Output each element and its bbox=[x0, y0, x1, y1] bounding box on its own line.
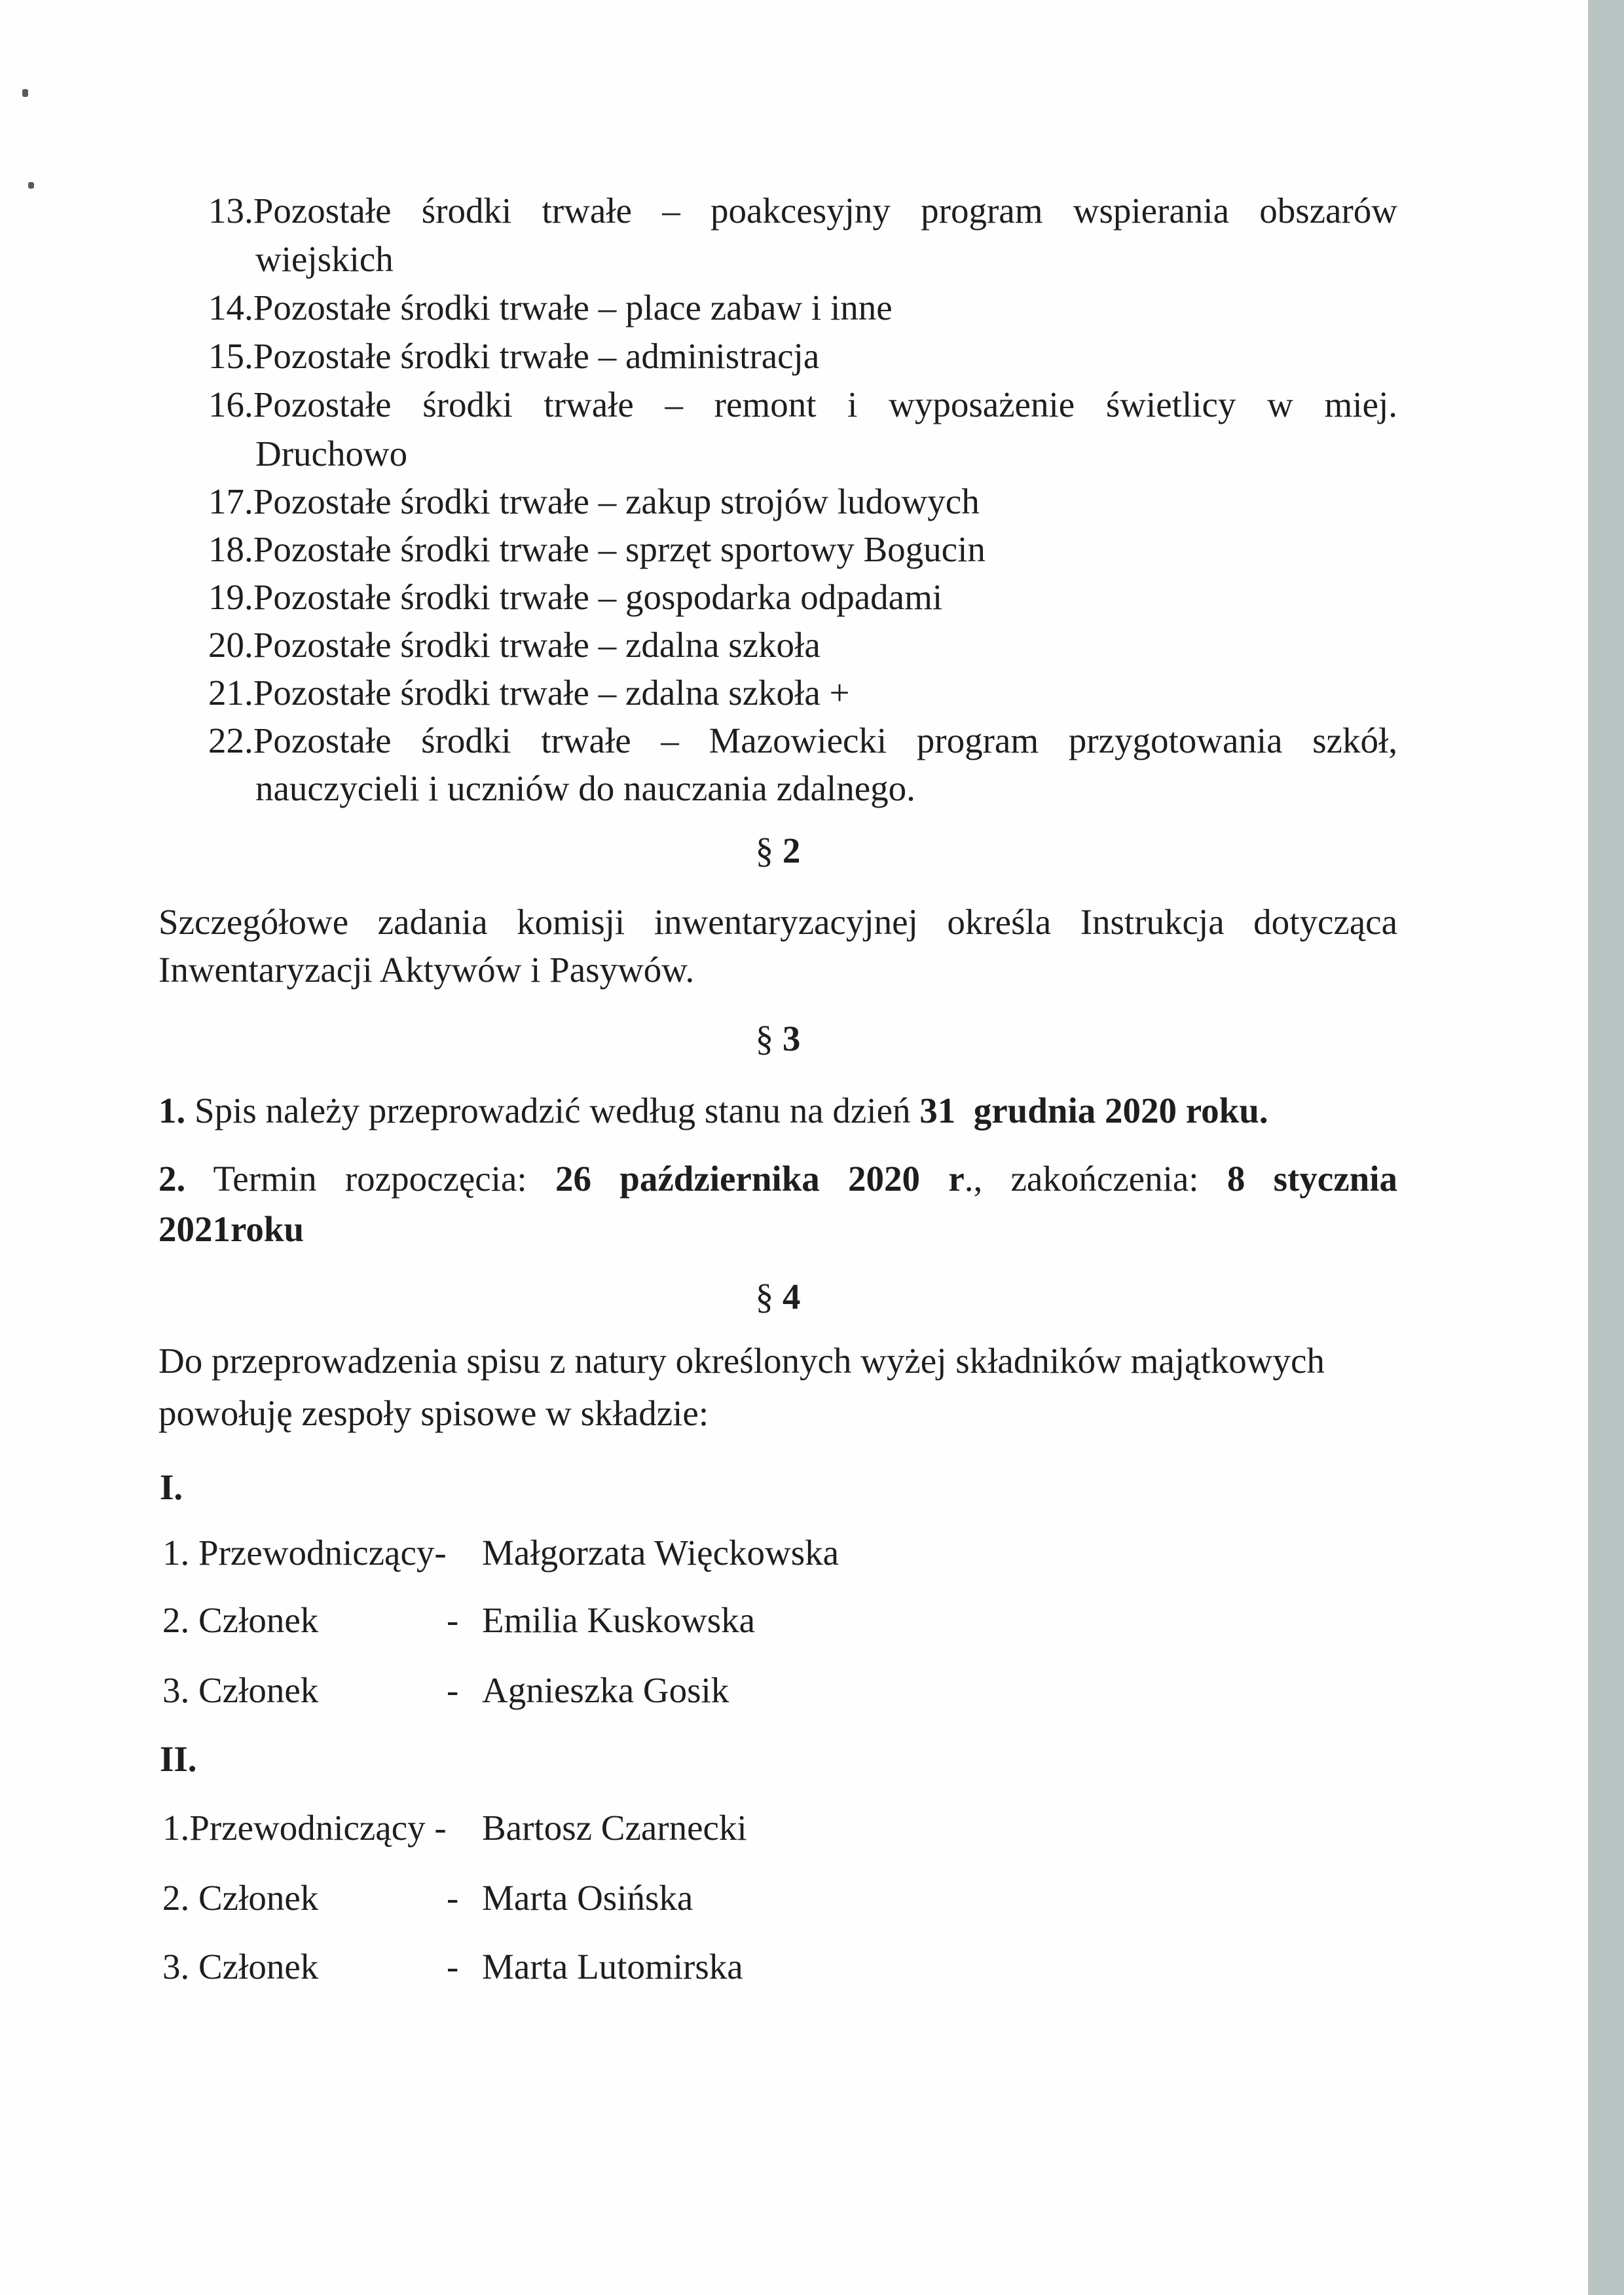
list-item: 22.Pozostałe środki trwałe – Mazowiecki … bbox=[208, 722, 1397, 758]
section-number: 2 bbox=[783, 830, 801, 870]
list-item-continuation: wiejskich bbox=[255, 241, 394, 277]
start-date: 26 października 2020 r bbox=[555, 1161, 965, 1199]
list-item-number: 21. bbox=[208, 673, 253, 713]
team-member-row: 2. Członek - Emilia Kuskowska bbox=[162, 1602, 948, 1638]
member-name: Marta Lutomirska bbox=[482, 1949, 743, 1985]
list-item-number: 17. bbox=[208, 481, 253, 521]
list-item-text: Pozostałe środki trwałe – Mazowiecki pro… bbox=[253, 722, 1397, 760]
team-member-row: 1.Przewodniczący - Bartosz Czarnecki bbox=[162, 1810, 948, 1846]
section2-paragraph-line1: Szczegółowe zadania komisji inwentaryzac… bbox=[158, 904, 1397, 940]
item-text: ., zakończenia: bbox=[965, 1161, 1199, 1199]
section-heading-3: § 3 bbox=[712, 1020, 843, 1056]
list-item: 16.Pozostałe środki trwałe – remont i wy… bbox=[208, 386, 1397, 422]
item-text: Termin rozpoczęcia: bbox=[213, 1161, 527, 1199]
list-item-text: Pozostałe środki trwałe – poakcesyjny pr… bbox=[253, 193, 1397, 231]
list-item-text: Pozostałe środki trwałe – gospodarka odp… bbox=[253, 577, 942, 617]
scan-speck bbox=[28, 182, 34, 189]
document-page: 13.Pozostałe środki trwałe – poakcesyjny… bbox=[0, 0, 1588, 2295]
team-label: I. bbox=[160, 1469, 183, 1505]
member-dash: - bbox=[447, 1949, 458, 1985]
list-item-text: Pozostałe środki trwałe – zdalna szkoła bbox=[253, 625, 821, 665]
section-sign: § bbox=[756, 1018, 774, 1058]
scan-edge-strip bbox=[1588, 0, 1624, 2295]
team-member-row: 2. Członek - Marta Osińska bbox=[162, 1880, 948, 1916]
item-text: Spis należy przeprowadzić według stanu n… bbox=[194, 1091, 911, 1130]
end-date: 8 stycznia bbox=[1227, 1161, 1397, 1199]
section3-item1: 1. Spis należy przeprowadzić według stan… bbox=[158, 1092, 1268, 1129]
member-name: Małgorzata Więckowska bbox=[482, 1535, 839, 1571]
team-member-row: 3. Członek - Marta Lutomirska bbox=[162, 1949, 948, 1985]
list-item-continuation: Druchowo bbox=[255, 436, 407, 472]
list-item-number: 22. bbox=[208, 722, 253, 760]
section-number: 4 bbox=[783, 1277, 801, 1316]
list-item-text: Pozostałe środki trwałe – sprzęt sportow… bbox=[253, 529, 986, 569]
section4-paragraph-line2: powołuję zespoły spisowe w składzie: bbox=[158, 1395, 709, 1431]
list-item: 21.Pozostałe środki trwałe – zdalna szko… bbox=[208, 675, 850, 711]
member-dash: - bbox=[447, 1602, 458, 1638]
list-item: 15.Pozostałe środki trwałe – administrac… bbox=[208, 338, 819, 374]
section4-paragraph-line1: Do przeprowadzenia spisu z natury określ… bbox=[158, 1343, 1325, 1379]
member-dash: - bbox=[447, 1880, 458, 1916]
list-item-number: 20. bbox=[208, 625, 253, 665]
member-name: Emilia Kuskowska bbox=[482, 1602, 755, 1638]
section-heading-4: § 4 bbox=[712, 1278, 843, 1315]
list-item-text: Pozostałe środki trwałe – zakup strojów … bbox=[253, 481, 980, 521]
section-heading-2: § 2 bbox=[712, 832, 843, 868]
member-role: 3. Członek bbox=[162, 1672, 318, 1708]
section3-item2-continuation: 2021roku bbox=[158, 1211, 304, 1247]
scan-speck bbox=[22, 89, 28, 97]
list-item-number: 15. bbox=[208, 336, 253, 376]
list-item-continuation: nauczycieli i uczniów do nauczania zdaln… bbox=[255, 770, 915, 806]
item-date: 31 grudnia 2020 roku. bbox=[919, 1091, 1268, 1130]
list-item-text: Pozostałe środki trwałe – remont i wypos… bbox=[253, 386, 1397, 424]
member-dash: - bbox=[447, 1672, 458, 1708]
list-item: 19.Pozostałe środki trwałe – gospodarka … bbox=[208, 579, 942, 615]
list-item-number: 16. bbox=[208, 386, 253, 424]
section3-item2: 2. Termin rozpoczęcia: 26 października 2… bbox=[158, 1161, 1397, 1197]
item-number: 1. bbox=[158, 1091, 185, 1130]
list-item: 13.Pozostałe środki trwałe – poakcesyjny… bbox=[208, 193, 1397, 229]
list-item: 17.Pozostałe środki trwałe – zakup stroj… bbox=[208, 483, 980, 519]
section-sign: § bbox=[756, 830, 774, 870]
team-label: II. bbox=[160, 1741, 197, 1777]
list-item: 18.Pozostałe środki trwałe – sprzęt spor… bbox=[208, 531, 986, 567]
member-name: Bartosz Czarnecki bbox=[482, 1810, 747, 1846]
member-role: 1. Przewodniczący- bbox=[162, 1535, 447, 1571]
list-item-text: Pozostałe środki trwałe – place zabaw i … bbox=[253, 288, 893, 327]
list-item-number: 13. bbox=[208, 193, 253, 231]
member-role: 3. Członek bbox=[162, 1949, 318, 1985]
member-name: Agnieszka Gosik bbox=[482, 1672, 729, 1708]
list-item: 20.Pozostałe środki trwałe – zdalna szko… bbox=[208, 627, 821, 663]
list-item-number: 19. bbox=[208, 577, 253, 617]
section-sign: § bbox=[756, 1277, 774, 1316]
list-item: 14.Pozostałe środki trwałe – place zabaw… bbox=[208, 289, 893, 326]
member-name: Marta Osińska bbox=[482, 1880, 693, 1916]
member-role: 2. Członek bbox=[162, 1602, 318, 1638]
section2-paragraph-line2: Inwentaryzacji Aktywów i Pasywów. bbox=[158, 952, 694, 988]
list-item-text: Pozostałe środki trwałe – zdalna szkoła … bbox=[253, 673, 850, 713]
list-item-number: 18. bbox=[208, 529, 253, 569]
team-member-row: 3. Członek - Agnieszka Gosik bbox=[162, 1672, 948, 1708]
list-item-number: 14. bbox=[208, 288, 253, 327]
member-role: 1.Przewodniczący - bbox=[162, 1810, 447, 1846]
team-member-row: 1. Przewodniczący- Małgorzata Więckowska bbox=[162, 1535, 948, 1571]
section-number: 3 bbox=[783, 1018, 801, 1058]
item-number: 2. bbox=[158, 1161, 185, 1199]
list-item-text: Pozostałe środki trwałe – administracja bbox=[253, 336, 819, 376]
member-role: 2. Członek bbox=[162, 1880, 318, 1916]
